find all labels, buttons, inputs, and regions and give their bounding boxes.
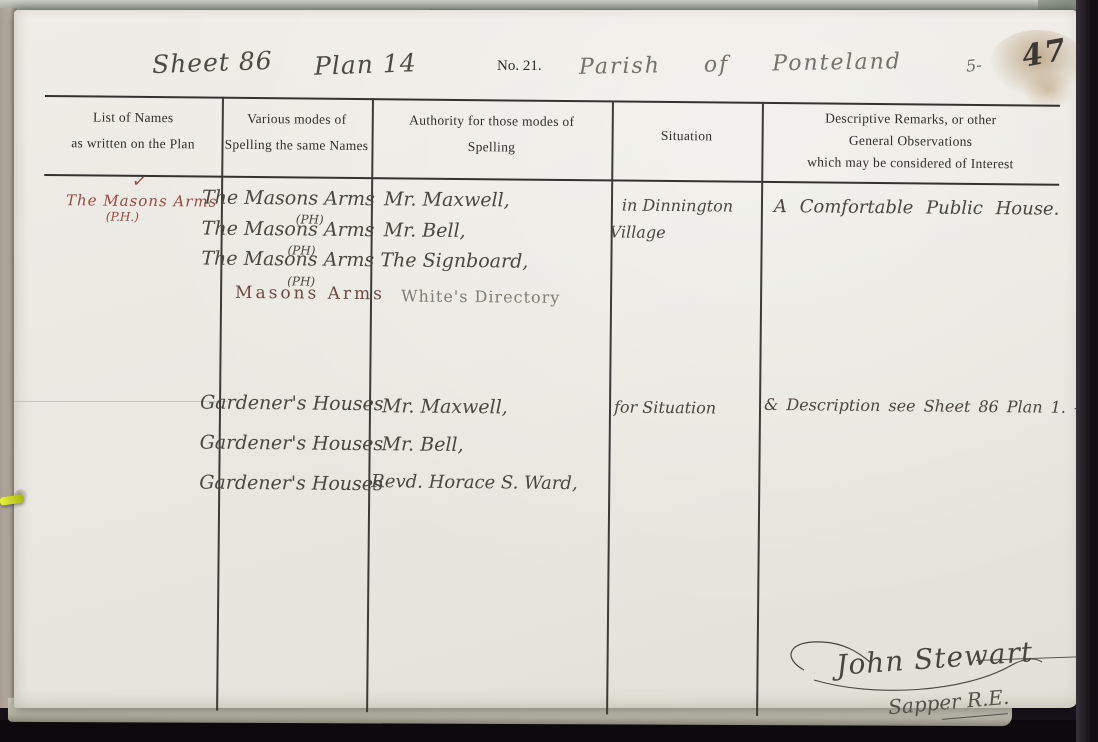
sheet-label: Sheet 86	[152, 46, 274, 79]
header-situation: Situation	[612, 127, 762, 144]
authority: Mr. Bell,	[382, 433, 464, 456]
ledger-page: Sheet 86 Plan 14 No. 21. Parish of Ponte…	[14, 10, 1078, 708]
page-number-label: No. 21.	[497, 58, 542, 75]
table-header-rule	[44, 174, 1059, 185]
plan-name-note: (P.H.)	[106, 210, 139, 224]
header-names-line2: as written on the Plan	[44, 135, 221, 153]
header-remarks-line3: which may be considered of Interest	[761, 154, 1059, 173]
situation-line: Village	[610, 222, 666, 242]
header-authority-line1: Authority for those modes of	[372, 112, 612, 130]
header-names-line1: List of Names	[45, 109, 222, 127]
authority: Mr. Maxwell,	[384, 188, 510, 211]
header-remarks-line1: Descriptive Remarks, or other	[762, 110, 1060, 129]
header-spelling-line1: Various modes of	[222, 111, 372, 128]
authority: White's Directory	[401, 286, 560, 307]
folio-small-note: 5-	[965, 55, 982, 76]
situation-line: for Situation	[614, 397, 716, 417]
column-divider	[756, 102, 763, 716]
checkmark-icon: ✓	[131, 171, 148, 193]
spelling-variant: The Masons Arms	[201, 248, 374, 272]
header-authority-line2: Spelling	[371, 138, 611, 156]
spelling-variant: The Masons Arms	[202, 187, 375, 211]
authority: Mr. Bell,	[384, 219, 466, 242]
spelling-variant: Gardener's Houses	[199, 471, 383, 495]
authority: Mr. Maxwell,	[382, 395, 508, 418]
scan-background-right	[1076, 0, 1098, 742]
header-remarks-line2: General Observations	[762, 132, 1060, 151]
column-divider	[606, 100, 613, 714]
plan-name: The Masons Arms	[66, 191, 218, 210]
remarks: A Comfortable Public House.	[774, 196, 1060, 220]
spelling-variant: The Masons Arms	[202, 218, 375, 242]
situation-line: in Dinnington	[622, 196, 733, 216]
plan-label: Plan 14	[314, 48, 418, 81]
header-spelling-line2: Spelling the same Names	[221, 137, 371, 154]
remarks: & Description see Sheet 86 Plan 1. —	[764, 395, 1090, 417]
spelling-variant: Masons Arms	[235, 283, 385, 304]
table-top-rule	[45, 95, 1060, 107]
spelling-variant: Gardener's Houses	[200, 392, 384, 416]
parish-label: Parish of Ponteland	[579, 49, 902, 80]
authority: Revd. Horace S. Ward,	[371, 471, 578, 494]
spelling-variant: Gardener's Houses	[200, 432, 384, 456]
authority: The Signboard,	[380, 249, 528, 272]
